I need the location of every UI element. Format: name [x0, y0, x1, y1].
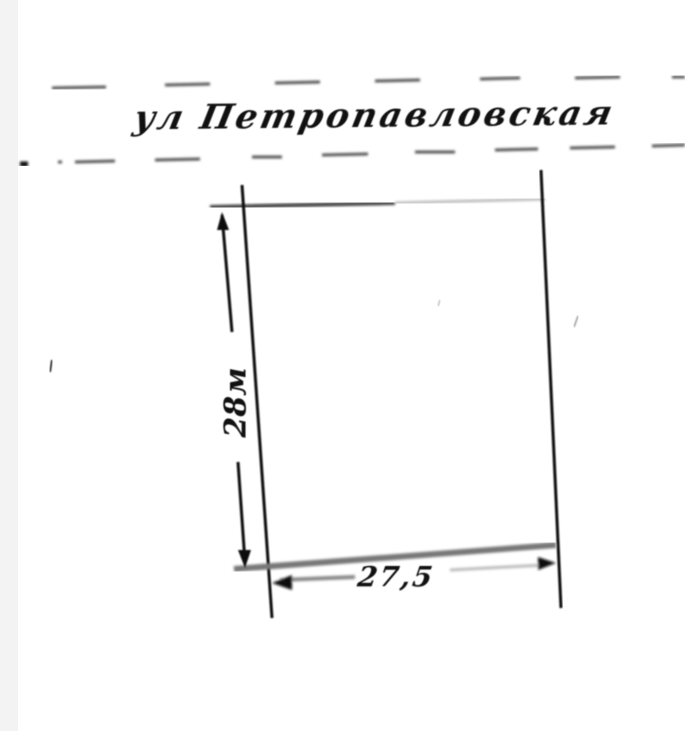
plot-top-edge [210, 203, 395, 207]
arrow-left-icon [272, 575, 292, 590]
arrow-up-icon [217, 212, 229, 230]
street-name-label: ул Петропавловская [130, 93, 619, 138]
street-border-bottom-dashed [20, 145, 685, 164]
street-border-top-dashed [52, 77, 685, 88]
arrow-right-icon [538, 557, 556, 570]
scan-mark [574, 316, 578, 327]
scan-mark [50, 360, 52, 372]
scan-mark [438, 300, 440, 306]
plot-right-edge [541, 170, 561, 608]
horizontal-dimension-label: 27,5 [356, 560, 461, 593]
vertical-dimension-label: 28м [219, 363, 254, 443]
